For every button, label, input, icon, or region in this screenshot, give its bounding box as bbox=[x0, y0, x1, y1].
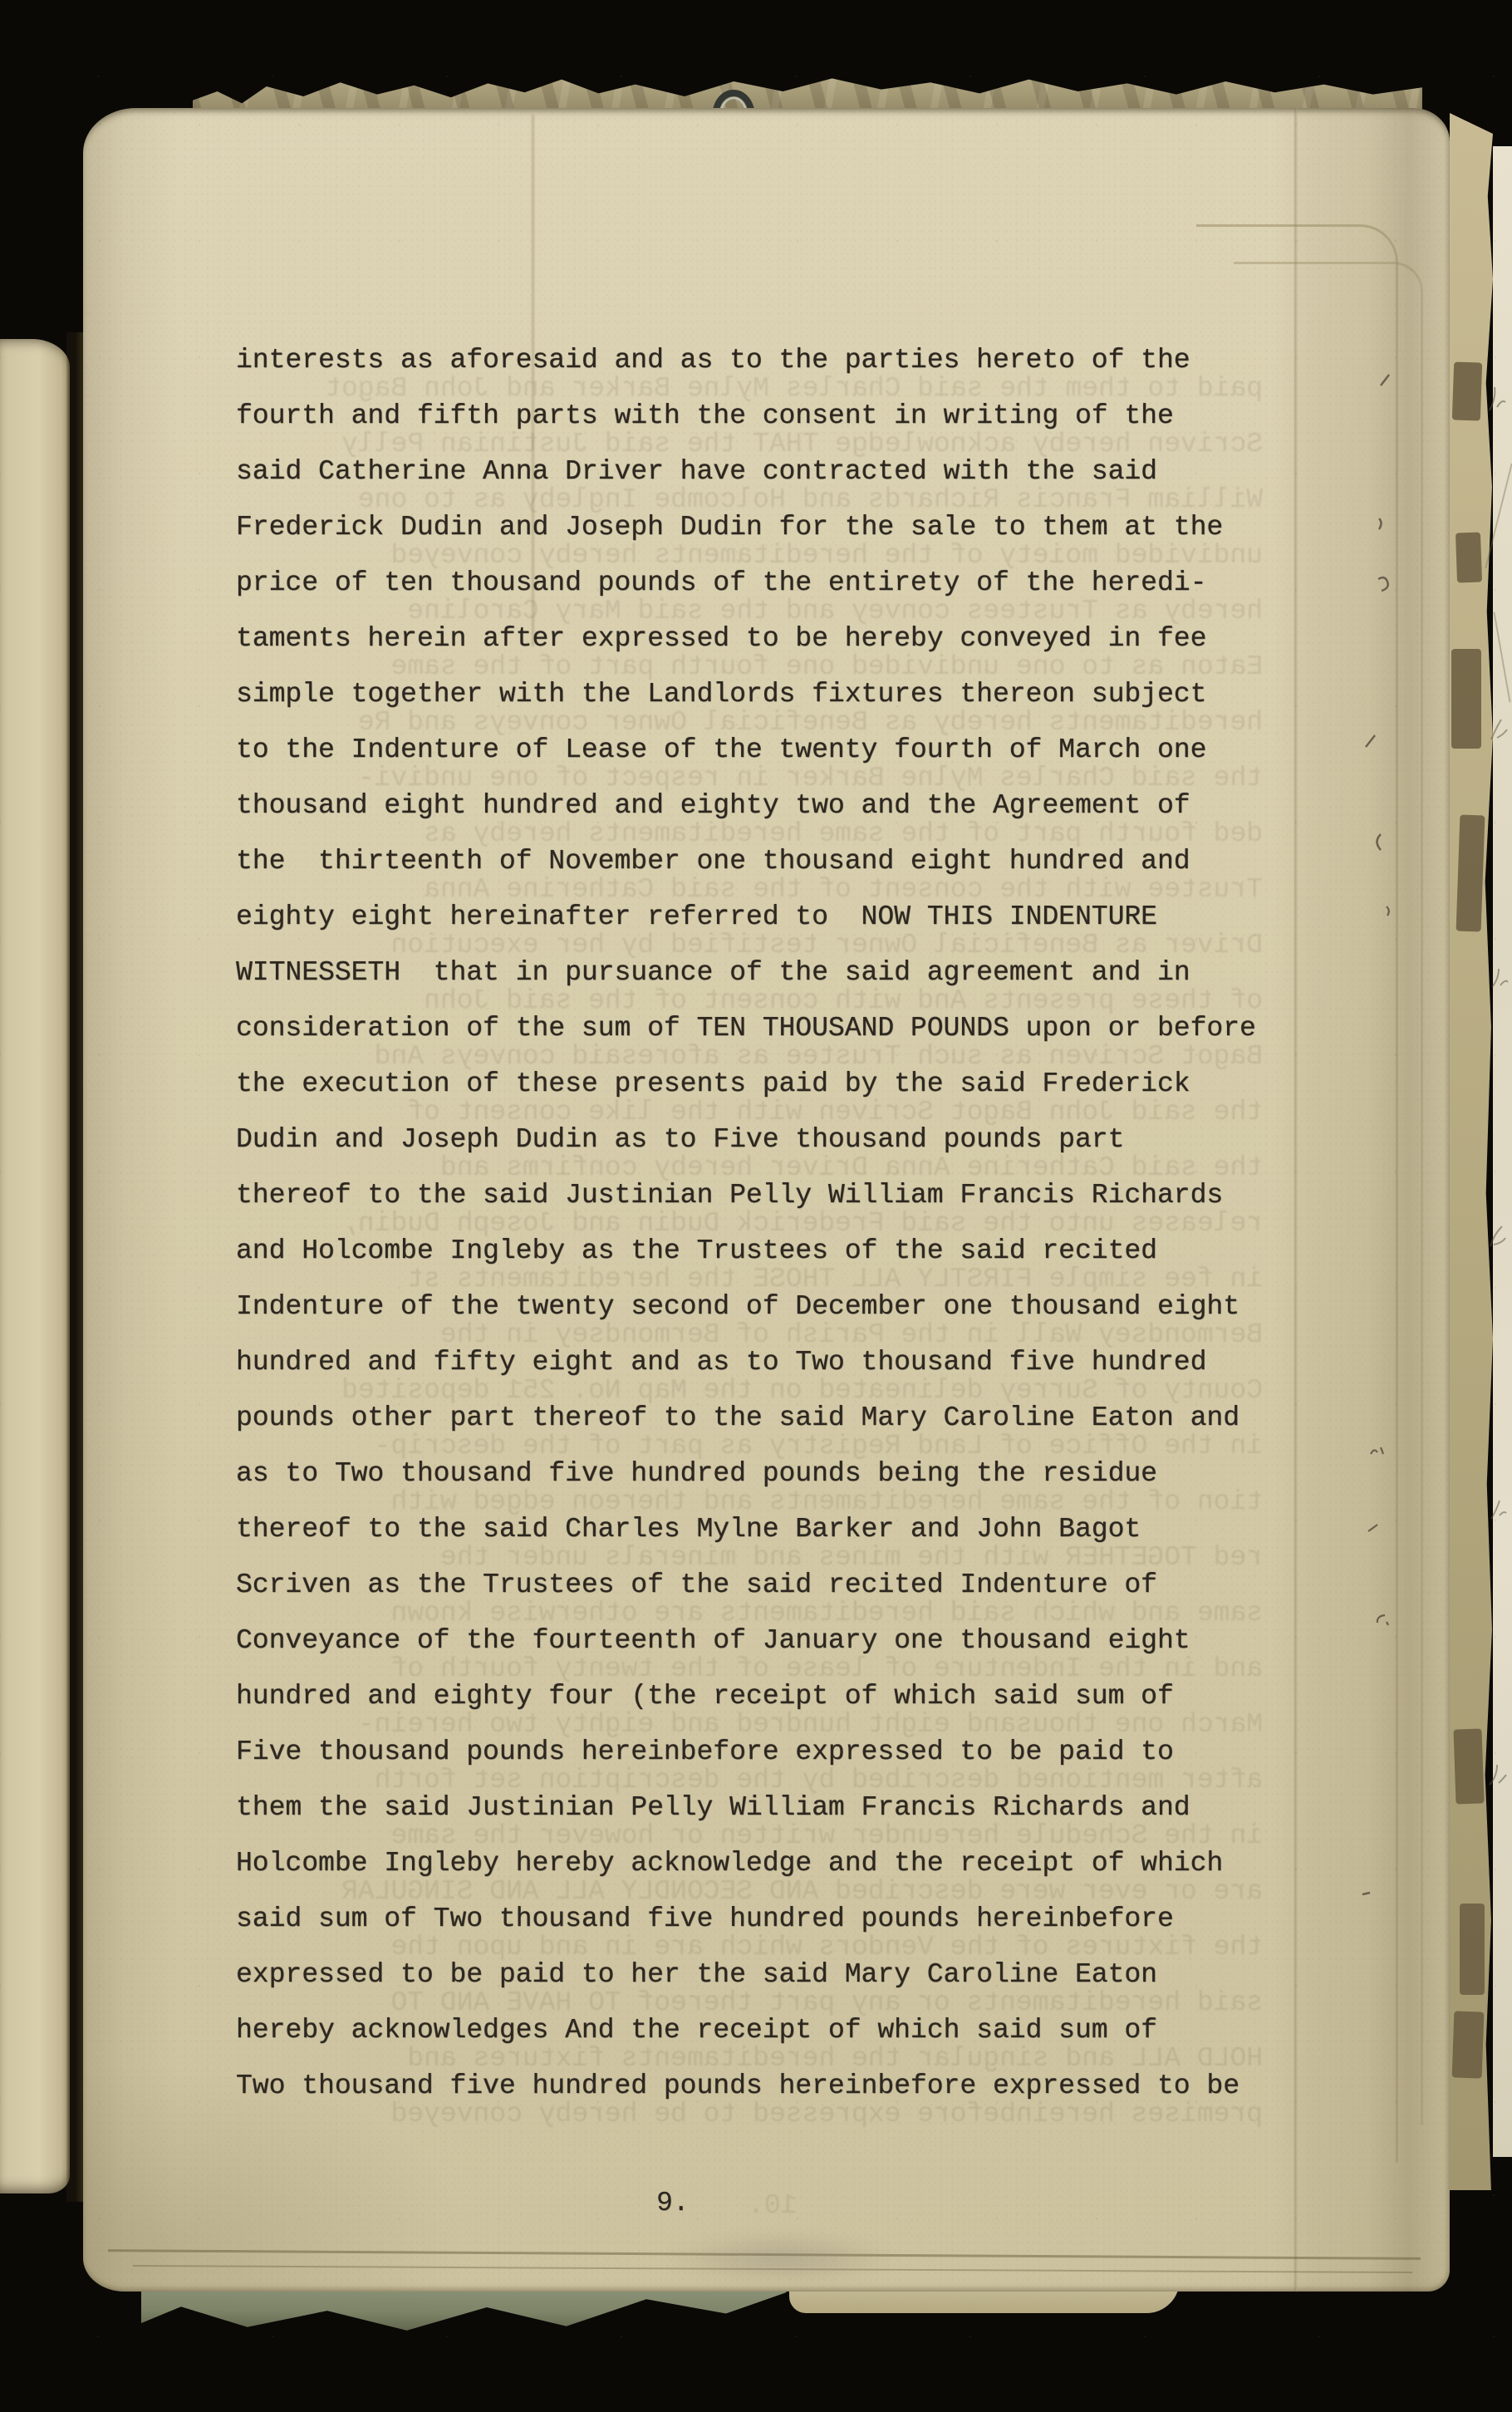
typewritten-text: interests as aforesaid and as to the par… bbox=[236, 332, 1291, 2114]
torn-gap bbox=[1453, 1728, 1484, 1804]
ink-mark bbox=[1379, 372, 1394, 389]
text-line: them the said Justinian Pelly William Fr… bbox=[236, 1780, 1291, 1835]
text-line: said sum of Two thousand five hundred po… bbox=[236, 1891, 1291, 1947]
text-line: Holcombe Ingleby hereby acknowledge and … bbox=[236, 1835, 1291, 1891]
handwriting-mark bbox=[1487, 382, 1509, 415]
text-line: Indenture of the twenty second of Decemb… bbox=[236, 1279, 1291, 1334]
text-line: hereby acknowledges And the receipt of w… bbox=[236, 2002, 1291, 2058]
text-line: hundred and eighty four (the receipt of … bbox=[236, 1668, 1291, 1724]
handwriting-mark bbox=[1487, 1221, 1509, 1251]
text-line: interests as aforesaid and as to the par… bbox=[236, 332, 1291, 388]
scan-smudge bbox=[665, 2232, 897, 2285]
page-stack-right-edge bbox=[1450, 113, 1512, 2190]
bleedthrough-page-number: 10. bbox=[748, 2189, 797, 2223]
text-line: Frederick Dudin and Joseph Dudin for the… bbox=[236, 499, 1291, 555]
handwriting-mark bbox=[1490, 964, 1510, 992]
text-line: Two thousand five hundred pounds hereinb… bbox=[236, 2058, 1291, 2114]
document-page: paid to them the said Charles Mylne Bark… bbox=[83, 108, 1450, 2292]
page-number: 9. bbox=[656, 2187, 690, 2220]
torn-gap bbox=[1452, 2011, 1485, 2078]
under-page-light-edge bbox=[1493, 146, 1512, 2157]
text-line: said Catherine Anna Driver have contract… bbox=[236, 444, 1291, 499]
ink-mark bbox=[1367, 1522, 1380, 1534]
text-line: the thirteenth of November one thousand … bbox=[236, 833, 1291, 889]
handwriting-mark bbox=[1487, 1761, 1509, 1790]
text-line: the execution of these presents paid by … bbox=[236, 1056, 1291, 1112]
ink-mark bbox=[1369, 1444, 1386, 1457]
text-line: pounds other part thereof to the said Ma… bbox=[236, 1390, 1291, 1446]
handwriting-mark bbox=[1489, 1496, 1509, 1524]
torn-gap bbox=[1460, 1904, 1485, 1995]
torn-gap bbox=[1456, 532, 1482, 582]
text-line: consideration of the sum of TEN THOUSAND… bbox=[236, 1000, 1291, 1056]
text-line: thousand eight hundred and eighty two an… bbox=[236, 778, 1291, 833]
text-line: Conveyance of the fourteenth of January … bbox=[236, 1613, 1291, 1668]
text-line: to the Indenture of Lease of the twenty … bbox=[236, 722, 1291, 778]
ink-mark bbox=[1376, 575, 1391, 593]
text-line: eighty eight hereinafter referred to NOW… bbox=[236, 889, 1291, 945]
text-line: Scriven as the Trustees of the said reci… bbox=[236, 1557, 1291, 1613]
text-line: hundred and fifty eight and as to Two th… bbox=[236, 1334, 1291, 1390]
handwriting-mark bbox=[1489, 715, 1510, 744]
left-page-edge bbox=[0, 339, 70, 2193]
book-scan-photo: paid to them the said Charles Mylne Bark… bbox=[0, 0, 1512, 2412]
ink-mark bbox=[1361, 1889, 1372, 1898]
text-line: expressed to be paid to her the said Mar… bbox=[236, 1947, 1291, 2002]
torn-gap bbox=[1452, 361, 1482, 420]
ink-mark bbox=[1373, 1612, 1390, 1627]
ink-mark bbox=[1364, 733, 1377, 749]
text-line: and Holcombe Ingleby as the Trustees of … bbox=[236, 1223, 1291, 1279]
text-line: Five thousand pounds hereinbefore expres… bbox=[236, 1724, 1291, 1780]
text-line: WITNESSETH that in pursuance of the said… bbox=[236, 945, 1291, 1000]
ink-mark bbox=[1375, 517, 1387, 532]
torn-gap bbox=[1451, 649, 1481, 749]
edge-crease bbox=[1493, 612, 1510, 703]
text-line: fourth and fifth parts with the consent … bbox=[236, 388, 1291, 444]
text-line: Dudin and Joseph Dudin as to Five thousa… bbox=[236, 1112, 1291, 1167]
text-line: price of ten thousand pounds of the enti… bbox=[236, 555, 1291, 611]
torn-page-edges bbox=[1450, 113, 1493, 2190]
text-line: taments herein after expressed to be her… bbox=[236, 611, 1291, 666]
ink-mark bbox=[1371, 833, 1384, 852]
text-line: thereof to the said Justinian Pelly Will… bbox=[236, 1167, 1291, 1223]
torn-gap bbox=[1456, 815, 1485, 932]
text-line: as to Two thousand five hundred pounds b… bbox=[236, 1446, 1291, 1501]
ink-mark bbox=[1384, 904, 1396, 917]
text-line: thereof to the said Charles Mylne Barker… bbox=[236, 1501, 1291, 1557]
text-line: simple together with the Landlords fixtu… bbox=[236, 666, 1291, 722]
